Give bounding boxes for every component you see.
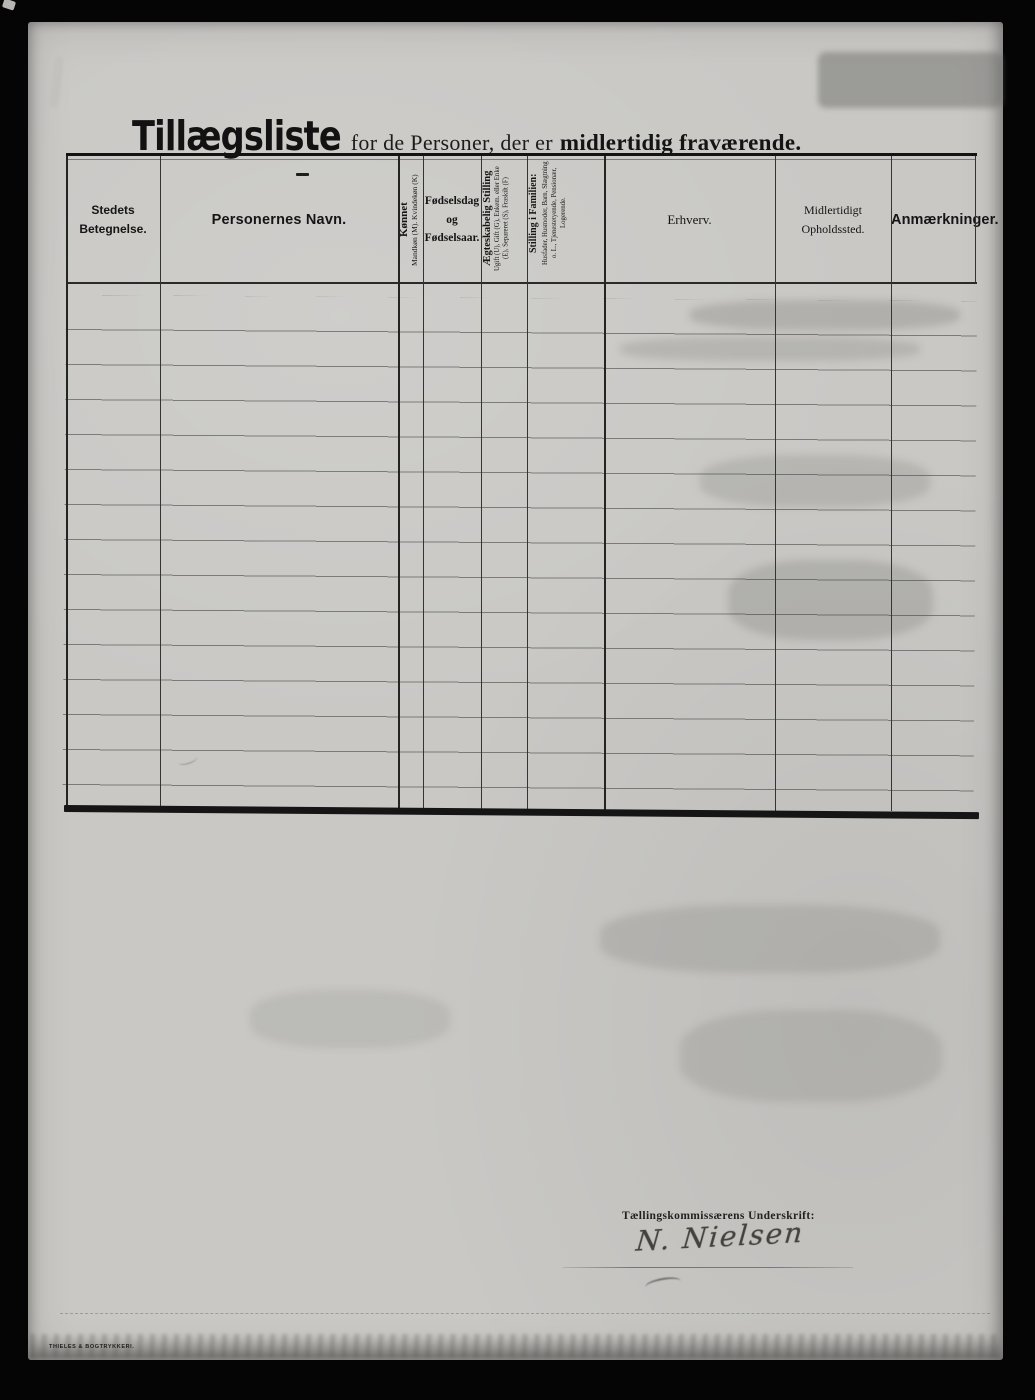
column-header-label: Midlertidigt Opholdssted.: [785, 201, 881, 238]
column-header-label: Erhverv.: [604, 212, 775, 228]
table-border-right: [975, 156, 976, 282]
column-header-label: Anmærkninger.: [891, 212, 977, 228]
table-top-rule: [66, 153, 977, 156]
signature-line: [563, 1267, 853, 1268]
column-divider: [160, 156, 161, 811]
column-header-aegteskabelig-stilling: Ægteskabelig Stilling Ugift (U), Gift (G…: [481, 161, 527, 279]
column-header-stedets-betegnelse: Stedets Betegnelse.: [66, 161, 160, 279]
column-header-erhverv: Erhverv.: [604, 161, 775, 279]
column-divider: [527, 156, 528, 811]
column-divider: [604, 156, 606, 811]
column-header-label: Ægteskabelig Stilling: [481, 161, 494, 276]
column-divider: [775, 156, 776, 811]
column-header-anmaerkninger: Anmærkninger.: [891, 161, 977, 279]
column-header-label: Personernes Navn.: [160, 212, 398, 228]
column-header-stilling-i-familien: Stilling i Familien: Husfader, Husmoder,…: [527, 161, 604, 279]
bleedthrough-smudge: [680, 1010, 942, 1102]
bleedthrough-smudge: [600, 905, 940, 973]
column-divider: [398, 156, 400, 811]
column-divider: [423, 156, 424, 811]
column-header-personernes-navn: Personernes Navn.: [160, 161, 398, 279]
printer-mark: Thieles & Bogtrykkeri.: [49, 1344, 134, 1350]
column-divider: [891, 156, 892, 811]
column-header-sublabel: Mandkøn (M). Kvindekøn (K): [410, 161, 420, 279]
bleedthrough-smudge: [250, 990, 450, 1048]
bottom-edge-grime: [30, 1334, 1000, 1358]
form-title-subtitle: for de Personer, der er: [351, 130, 553, 155]
table-top-rule-thin: [68, 159, 975, 160]
pen-stroke-artifact: [644, 1275, 682, 1293]
census-table: Stedets Betegnelse. Personernes Navn. Kø…: [66, 153, 977, 817]
scan-corner-artifact: [2, 0, 16, 11]
column-header-label: Stedets Betegnelse.: [74, 201, 152, 238]
column-header-label: Stilling i Familien:: [527, 161, 541, 265]
form-title-subtitle-bold: midlertidig fraværende.: [560, 130, 802, 155]
column-header-midlertidigt-opholdssted: Midlertidigt Opholdssted.: [775, 161, 891, 279]
bleedthrough-smudge: [818, 52, 1003, 108]
column-header-konnet: Kønnet Mandkøn (M). Kvindekøn (K): [398, 161, 423, 279]
paper-edge-artifact: [49, 56, 64, 109]
column-header-label: Fødselsdag og Fødselsaar.: [423, 192, 481, 247]
table-border-left: [66, 156, 68, 811]
census-form-page: Tillægslistefor de Personer, der ermidle…: [28, 22, 1003, 1360]
scan-background: Tillægslistefor de Personer, der ermidle…: [0, 0, 1035, 1400]
empty-table-rows: [62, 295, 977, 817]
column-header-sublabel: Husfader, Husmoder, Barn, Slægtning o. L…: [541, 161, 568, 265]
column-header-sublabel: Ugift (U), Gift (G), Enkem. eller Enke (…: [494, 161, 511, 276]
bleedthrough-line: [60, 1313, 990, 1314]
header-bottom-rule: [66, 282, 977, 284]
column-divider: [481, 156, 482, 811]
column-header-fodselsdag: Fødselsdag og Fødselsaar.: [423, 161, 481, 279]
column-header-label: Kønnet: [398, 161, 410, 279]
